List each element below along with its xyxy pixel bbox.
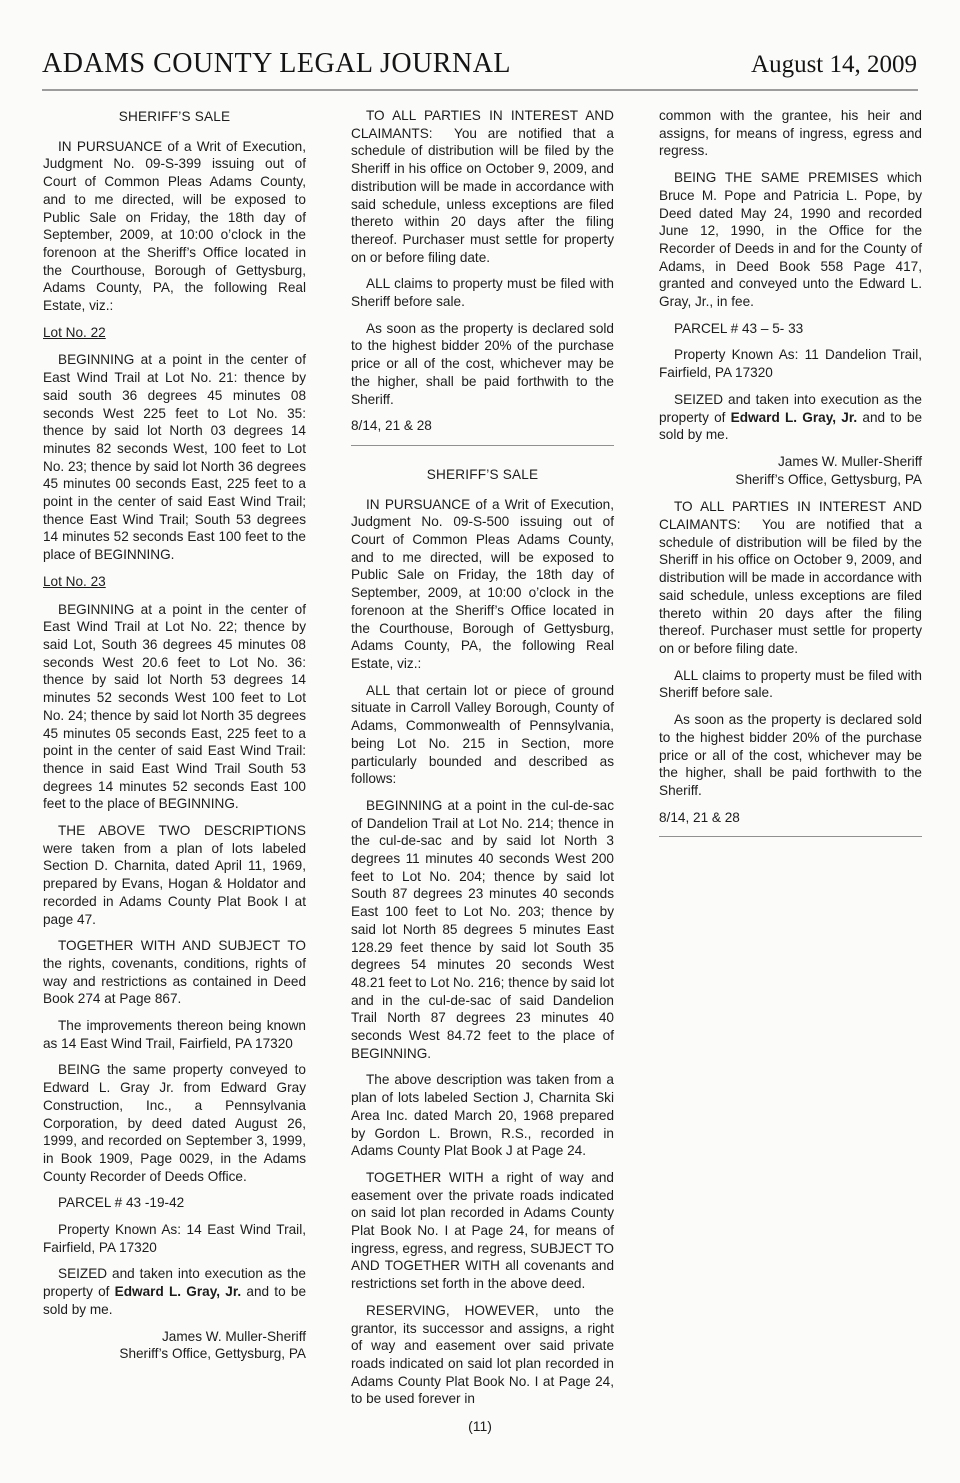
page-title: ADAMS COUNTY LEGAL JOURNAL — [42, 48, 511, 80]
paragraph: ALL claims to property must be filed wit… — [351, 275, 614, 310]
section-heading: SHERIFF’S SALE — [43, 108, 306, 126]
paragraph: The improvements thereon being known as … — [43, 1017, 306, 1052]
signature-block: James W. Muller-SheriffSheriff’s Office,… — [659, 453, 922, 488]
column-1: SHERIFF’S SALEIN PURSUANCE of a Writ of … — [43, 107, 306, 1417]
paragraph: ALL that certain lot or piece of ground … — [351, 682, 614, 788]
signature-block: James W. Muller-SheriffSheriff’s Office,… — [43, 1328, 306, 1363]
lot-label: Lot No. 23 — [43, 573, 306, 591]
paragraph: As soon as the property is declared sold… — [659, 711, 922, 800]
publication-dates: 8/14, 21 & 28 — [659, 809, 922, 827]
paragraph: As soon as the property is declared sold… — [351, 320, 614, 409]
paragraph: TOGETHER WITH AND SUBJECT TO the rights,… — [43, 937, 306, 1008]
publication-dates: 8/14, 21 & 28 — [351, 417, 614, 435]
paragraph: RESERVING, HOWEVER, unto the grantor, it… — [351, 1302, 614, 1408]
column-2: TO ALL PARTIES IN INTEREST AND CLAIMANTS… — [351, 107, 614, 1417]
section-divider — [351, 445, 614, 446]
column-3: common with the grantee, his heir and as… — [659, 107, 922, 1417]
paragraph: TO ALL PARTIES IN INTEREST AND CLAIMANTS… — [659, 498, 922, 657]
masthead-divider — [42, 89, 918, 91]
paragraph: The above description was taken from a p… — [351, 1071, 614, 1160]
signature-line: Sheriff’s Office, Gettysburg, PA — [43, 1345, 306, 1363]
text-columns: SHERIFF’S SALEIN PURSUANCE of a Writ of … — [43, 107, 922, 1417]
signature-line: James W. Muller-Sheriff — [659, 453, 922, 471]
paragraph: PARCEL # 43 -19-42 — [43, 1194, 306, 1212]
paragraph: TOGETHER WITH a right of way and easemen… — [351, 1169, 614, 1293]
lot-label: Lot No. 22 — [43, 324, 306, 342]
paragraph: IN PURSUANCE of a Writ of Execution, Jud… — [351, 496, 614, 673]
paragraph: SEIZED and taken into execution as the p… — [659, 391, 922, 444]
paragraph: TO ALL PARTIES IN INTEREST AND CLAIMANTS… — [351, 107, 614, 266]
defendant-name: Edward L. Gray, Jr. — [115, 1284, 242, 1299]
paragraph: BEGINNING at a point in the center of Ea… — [43, 601, 306, 813]
paragraph: BEING THE SAME PREMISES which Bruce M. P… — [659, 169, 922, 311]
paragraph: Property Known As: 11 Dandelion Trail, F… — [659, 346, 922, 381]
paragraph: THE ABOVE TWO DESCRIPTIONS were taken fr… — [43, 822, 306, 928]
paragraph: BEING the same property conveyed to Edwa… — [43, 1061, 306, 1185]
journal-page: ADAMS COUNTY LEGAL JOURNAL August 14, 20… — [0, 0, 960, 1483]
paragraph: PARCEL # 43 – 5- 33 — [659, 320, 922, 338]
paragraph: common with the grantee, his heir and as… — [659, 107, 922, 160]
defendant-name: Edward L. Gray, Jr. — [731, 410, 858, 425]
signature-line: James W. Muller-Sheriff — [43, 1328, 306, 1346]
page-number: (11) — [0, 1418, 960, 1434]
issue-date: August 14, 2009 — [751, 51, 917, 79]
paragraph: Property Known As: 14 East Wind Trail, F… — [43, 1221, 306, 1256]
signature-line: Sheriff’s Office, Gettysburg, PA — [659, 471, 922, 489]
paragraph: IN PURSUANCE of a Writ of Execution, Jud… — [43, 138, 306, 315]
section-divider — [659, 836, 922, 837]
paragraph: SEIZED and taken into execution as the p… — [43, 1265, 306, 1318]
paragraph: ALL claims to property must be filed wit… — [659, 667, 922, 702]
section-heading: SHERIFF’S SALE — [351, 466, 614, 484]
paragraph: BEGINNING at a point in the center of Ea… — [43, 351, 306, 563]
paragraph: BEGINNING at a point in the cul-de-sac o… — [351, 797, 614, 1063]
